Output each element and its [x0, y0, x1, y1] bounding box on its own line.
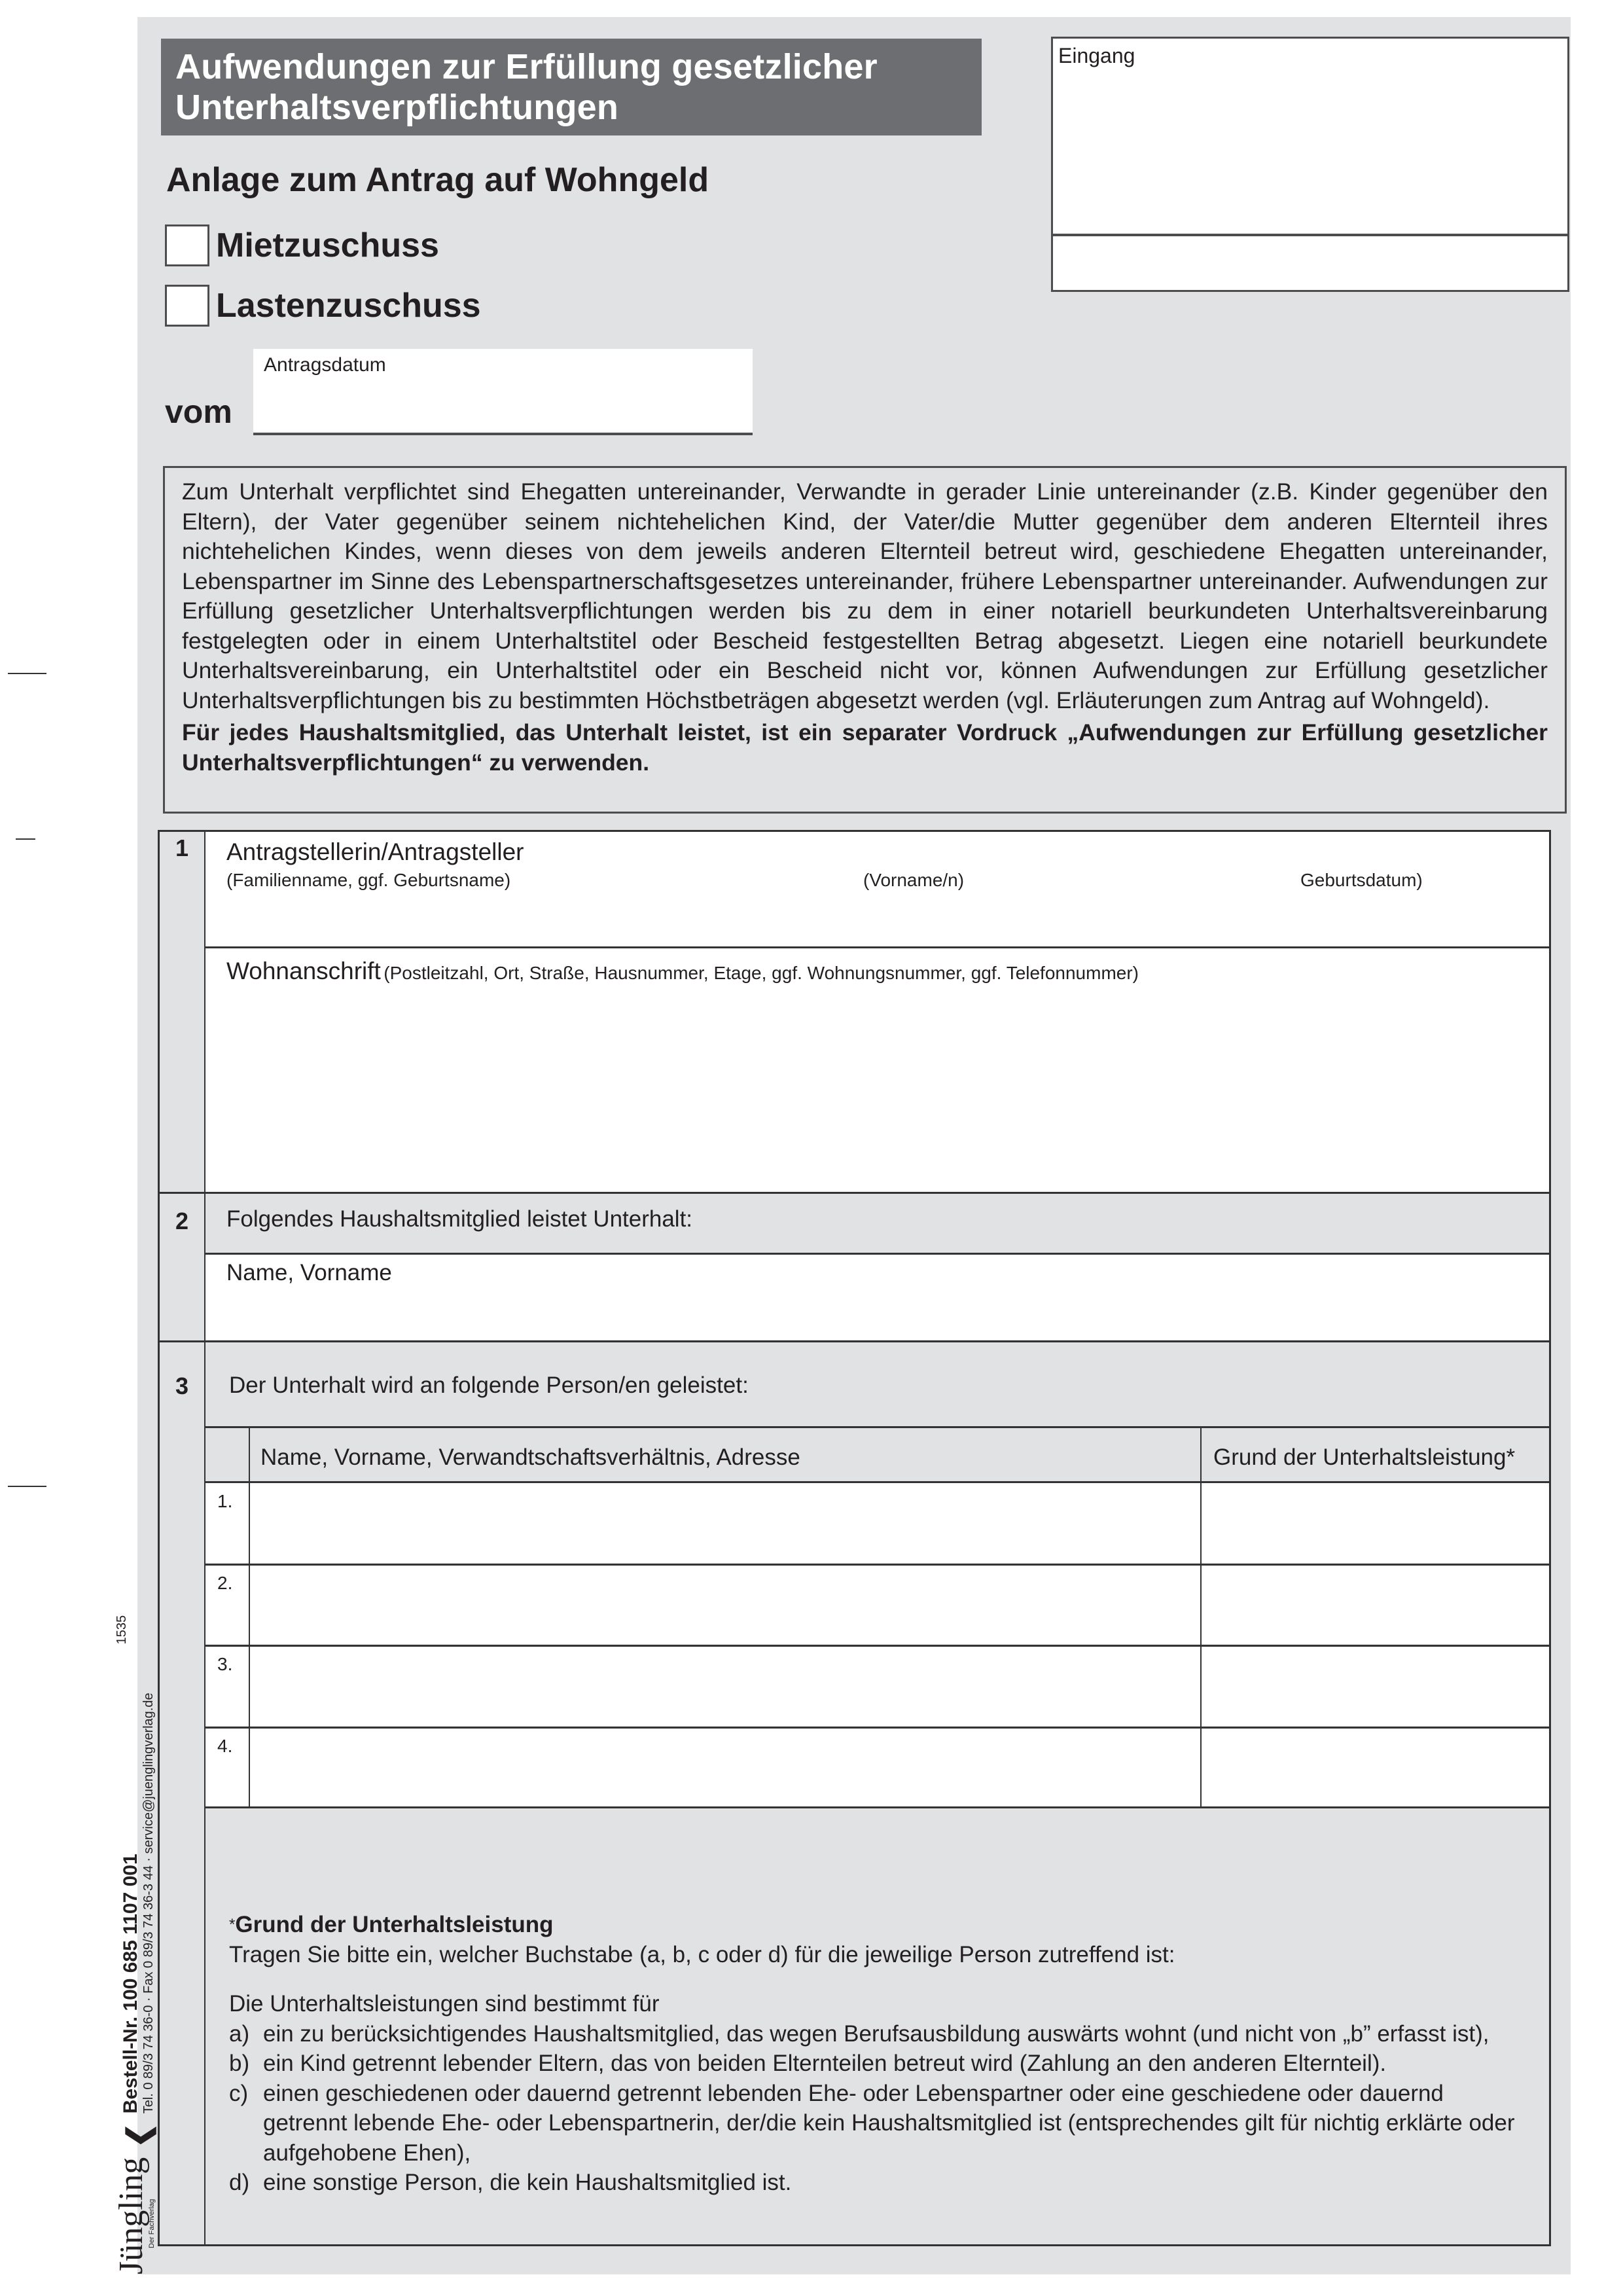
publisher-logo: Jüngling	[115, 2157, 149, 2274]
item-text: ein Kind getrennt lebender Eltern, das v…	[263, 2049, 1386, 2079]
item-text: eine sonstige Person, die kein Haushalts…	[263, 2168, 791, 2198]
title-line-2: Unterhaltsverpflichtungen	[175, 87, 982, 128]
footnote-item: a)ein zu berücksichtigendes Haushaltsmit…	[229, 2019, 1531, 2049]
household-member-name-field[interactable]	[205, 1255, 1549, 1340]
name-vorname-label: Name, Vorname	[226, 1260, 392, 1286]
publisher-contact: Tel. 0 89/3 74 36-0 · Fax 0 89/3 74 36-3…	[141, 1693, 156, 2113]
option-lastenzuschuss[interactable]: Lastenzuschuss	[165, 285, 481, 327]
vorname-label: (Vorname/n)	[863, 870, 964, 891]
item-text: einen geschiedenen oder dauernd getrennt…	[263, 2079, 1531, 2168]
column-header-grund: Grund der Unterhaltsleistung*	[1213, 1444, 1515, 1471]
divider	[205, 1645, 1549, 1647]
item-key: d)	[229, 2168, 263, 2198]
info-box: Zum Unterhalt verpflichtet sind Ehegatte…	[163, 466, 1567, 814]
form-subtitle: Anlage zum Antrag auf Wohngeld	[166, 160, 709, 200]
fold-mark	[8, 1486, 46, 1487]
name-cell[interactable]	[250, 1565, 1200, 1645]
divider	[1053, 234, 1567, 236]
title-line-1: Aufwendungen zur Erfüllung gesetzlicher	[175, 46, 982, 87]
eingang-label: Eingang	[1058, 44, 1135, 68]
fold-mark	[8, 673, 46, 674]
section-2-title: Folgendes Haushaltsmitglied leistet Unte…	[226, 1206, 692, 1232]
address-label: Wohnanschrift	[226, 958, 381, 984]
divider	[160, 1192, 1549, 1194]
divider	[205, 1727, 1549, 1729]
form-title: Aufwendungen zur Erfüllung gesetzlicher …	[161, 39, 982, 135]
footnote-intro: Die Unterhaltsleistungen sind bestimmt f…	[229, 1989, 1531, 2019]
form-code: 1535	[115, 1615, 130, 1645]
eingang-stamp-box[interactable]: Eingang	[1051, 37, 1569, 292]
checkbox-lastenzuschuss[interactable]	[165, 285, 209, 327]
column-header-name: Name, Vorname, Verwandtschaftsverhältnis…	[260, 1444, 800, 1471]
checkbox-mietzuschuss[interactable]	[165, 224, 209, 266]
footnote-title-text: Grund der Unterhaltsleistung	[235, 1912, 553, 1937]
publisher-tagline: Der Fachverlag	[149, 2157, 156, 2248]
grund-cell[interactable]	[1202, 1483, 1549, 1563]
row-index: 1.	[217, 1491, 232, 1512]
name-cell[interactable]	[250, 1483, 1200, 1563]
row-index: 2.	[217, 1573, 232, 1594]
grund-cell[interactable]	[1202, 1728, 1549, 1808]
familienname-label: (Familienname, ggf. Geburtsname)	[226, 870, 510, 891]
name-cell[interactable]	[250, 1728, 1200, 1808]
footnote-item: b)ein Kind getrennt lebender Eltern, das…	[229, 2049, 1531, 2079]
info-bold-text: Für jedes Haushaltsmitglied, das Unterha…	[182, 718, 1548, 778]
item-key: a)	[229, 2019, 263, 2049]
footnote-instruction: Tragen Sie bitte ein, welcher Buchstabe …	[229, 1940, 1531, 1970]
divider	[205, 1806, 1549, 1808]
option-label: Mietzuschuss	[216, 226, 439, 265]
divider	[160, 1340, 1549, 1342]
option-mietzuschuss[interactable]: Mietzuschuss	[165, 224, 439, 266]
order-number: Bestell-Nr. 100 685 1107 001	[120, 1693, 141, 2113]
address-hint: (Postleitzahl, Ort, Straße, Hausnummer, …	[383, 963, 1139, 983]
section-number: 3	[175, 1372, 188, 1400]
item-key: b)	[229, 2049, 263, 2079]
antragsdatum-field[interactable]: Antragsdatum	[253, 349, 753, 435]
name-cell[interactable]	[250, 1646, 1200, 1726]
logo-mark-icon: ❮	[120, 2123, 156, 2148]
geburtsdatum-label: Geburtsdatum)	[1300, 870, 1423, 891]
item-key: c)	[229, 2079, 263, 2168]
footnote-title: *Grund der Unterhaltsleistung	[229, 1910, 1531, 1940]
footnote-item: c)einen geschiedenen oder dauernd getren…	[229, 2079, 1531, 2168]
asterisk: *	[229, 1916, 235, 1933]
address-label-row: Wohnanschrift (Postleitzahl, Ort, Straße…	[226, 958, 1139, 985]
section-number: 2	[175, 1208, 188, 1235]
option-label: Lastenzuschuss	[216, 286, 481, 325]
punch-mark	[16, 838, 35, 840]
grund-cell[interactable]	[1202, 1646, 1549, 1726]
row-index: 3.	[217, 1654, 232, 1675]
antragsdatum-label: Antragsdatum	[264, 354, 386, 376]
publisher-imprint: Jüngling Der Fachverlag ❮ Bestell-Nr. 10…	[115, 1615, 156, 2274]
grund-cell[interactable]	[1202, 1565, 1549, 1645]
divider	[205, 1564, 1549, 1566]
section-number: 1	[175, 834, 188, 862]
footnote: *Grund der Unterhaltsleistung Tragen Sie…	[229, 1910, 1531, 2198]
applicant-label: Antragstellerin/Antragsteller	[226, 838, 524, 866]
item-text: ein zu berücksichtigendes Haushaltsmitgl…	[263, 2019, 1489, 2049]
divider	[205, 946, 1549, 948]
row-index: 4.	[217, 1736, 232, 1757]
vom-label: vom	[165, 393, 232, 431]
footnote-item: d)eine sonstige Person, die kein Haushal…	[229, 2168, 1531, 2198]
divider	[205, 1426, 1549, 1428]
section-3-title: Der Unterhalt wird an folgende Person/en…	[229, 1372, 749, 1399]
info-text: Zum Unterhalt verpflichtet sind Ehegatte…	[182, 477, 1548, 715]
